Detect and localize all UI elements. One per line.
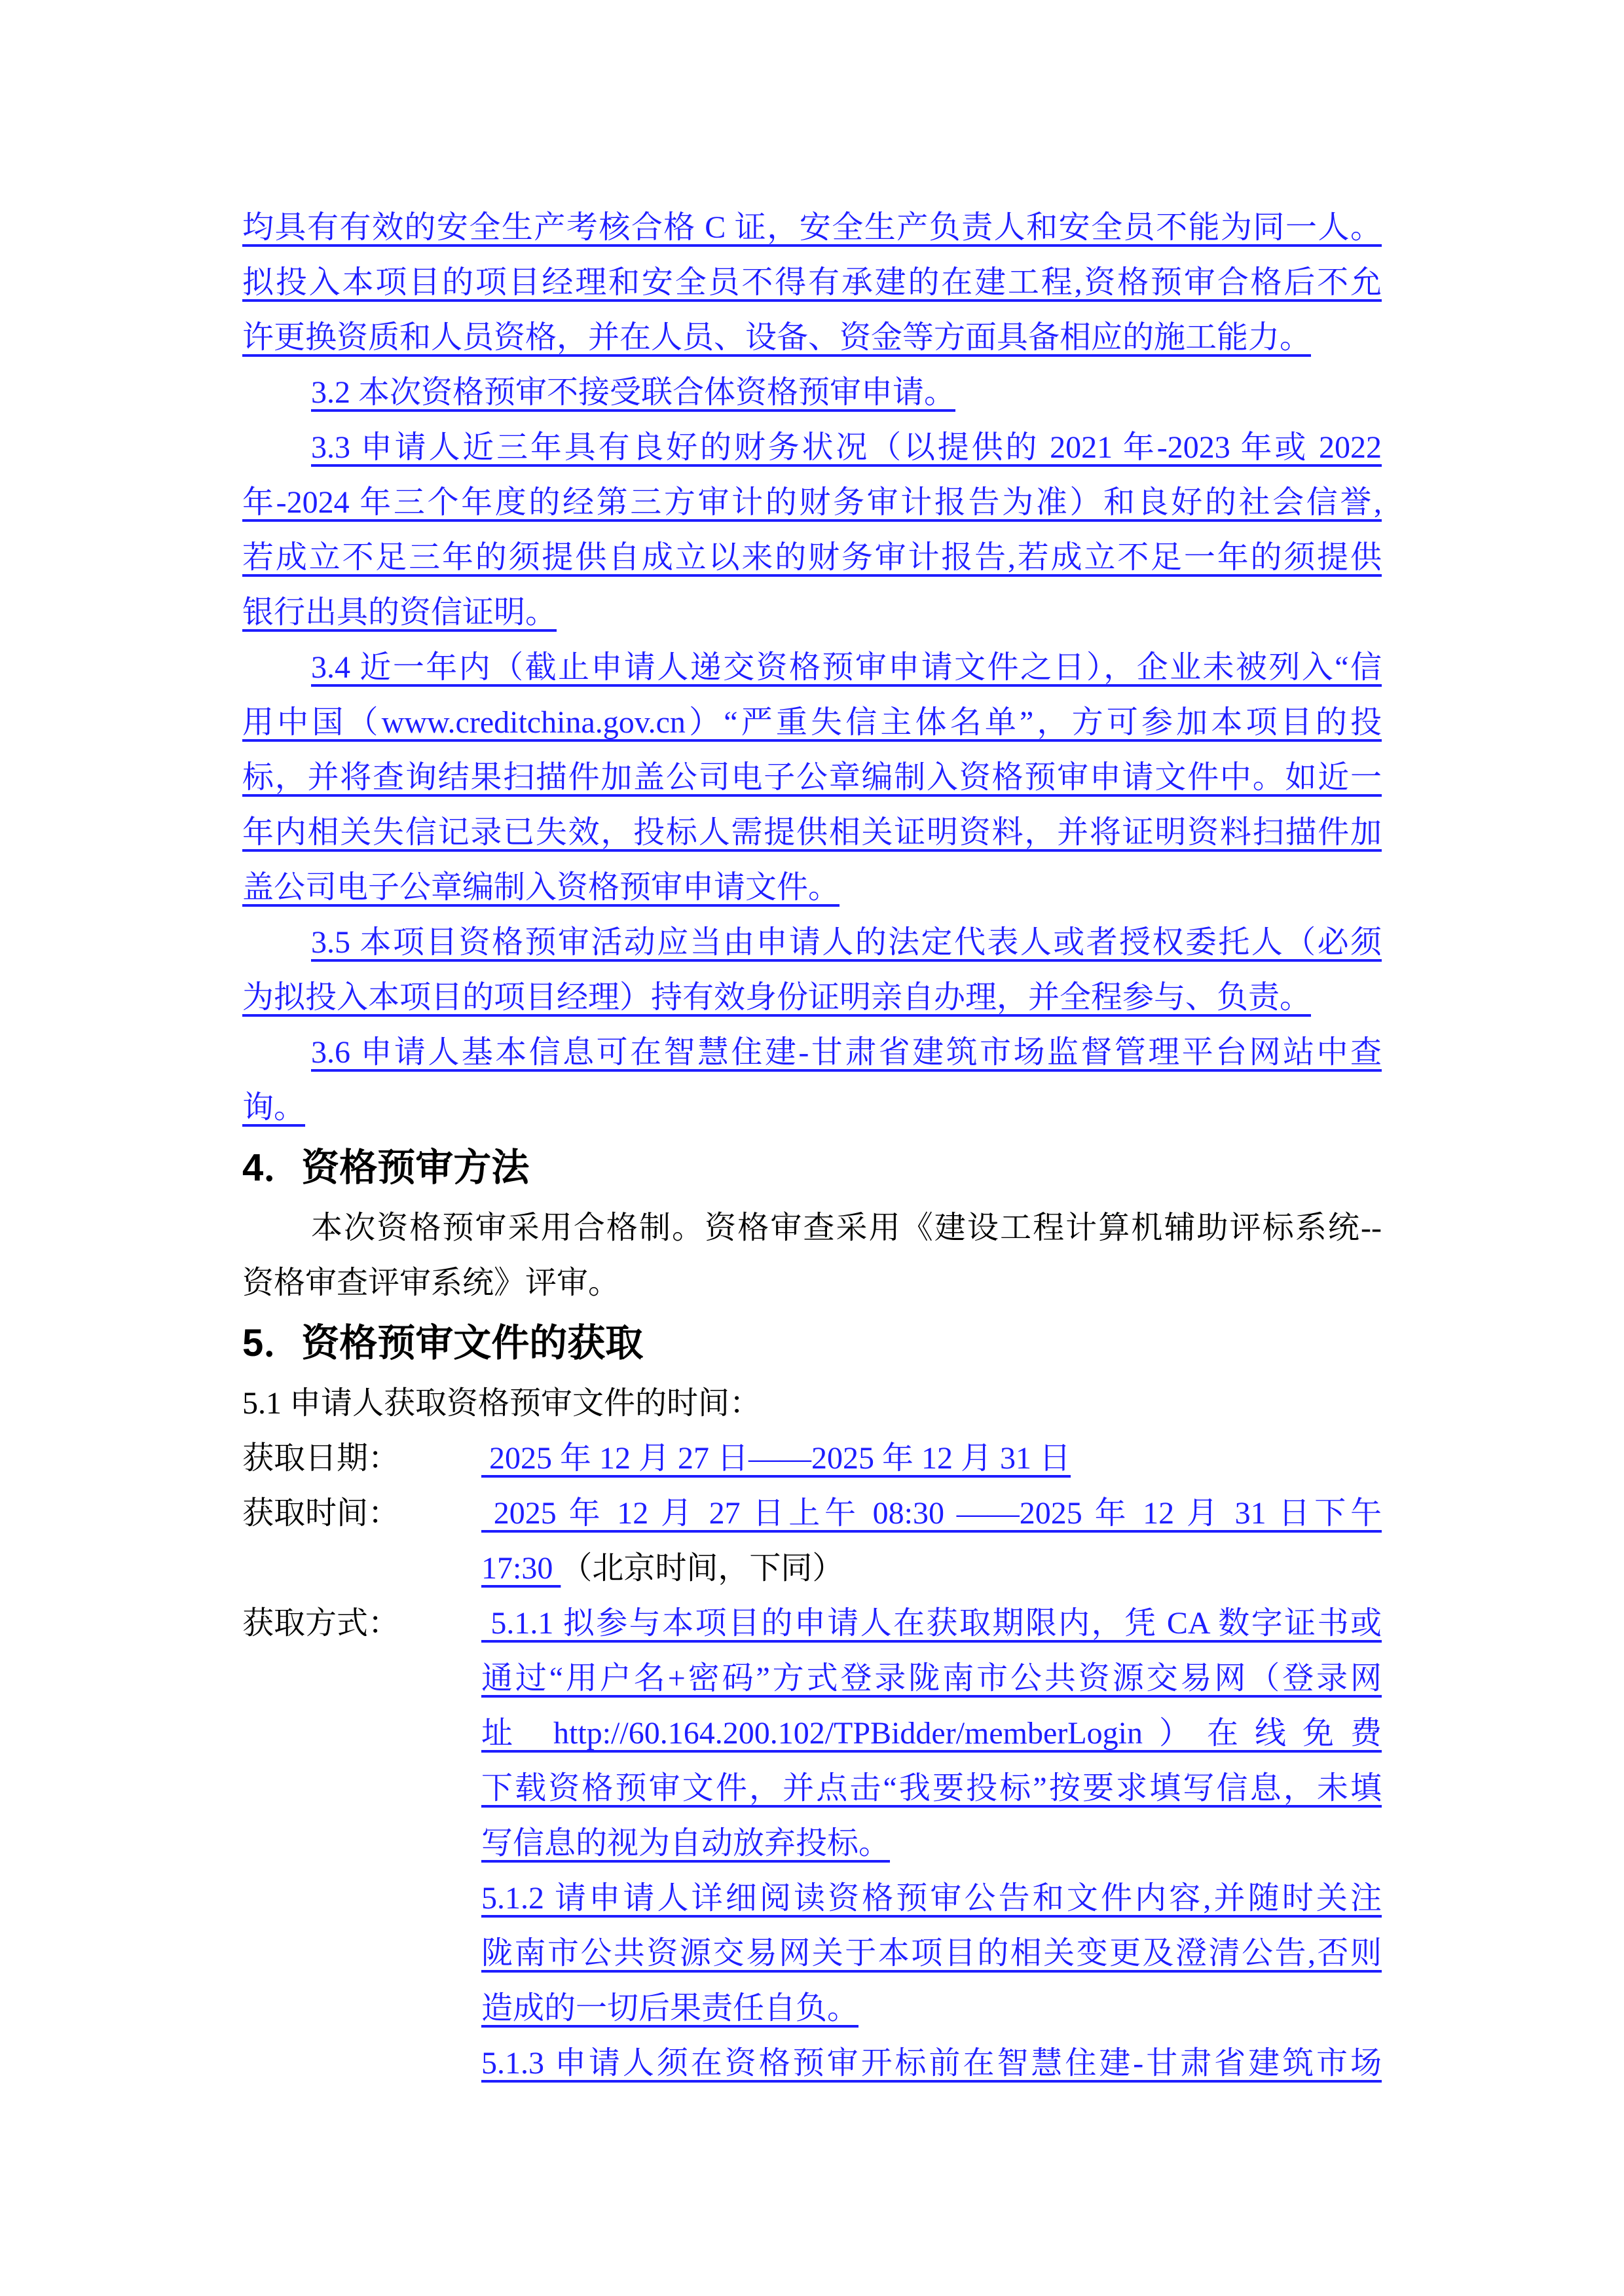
document-line: 为拟投入本项目的项目经理）持有效身份证明亲自办理，并全程参与、负责。 bbox=[242, 970, 1382, 1025]
field-value-line: 陇南市公共资源交易网关于本项目的相关变更及澄清公告,否则 bbox=[481, 1926, 1382, 1981]
underlined-link-text: 5.1.1 拟参与本项目的申请人在获取期限内，凭 CA 数字证书或 bbox=[481, 1606, 1382, 1641]
field-value-line: 通过“用户名+密码”方式登录陇南市公共资源交易网（登录网 bbox=[481, 1651, 1382, 1706]
underlined-link-text: 陇南市公共资源交易网关于本项目的相关变更及澄清公告,否则 bbox=[481, 1936, 1382, 1971]
document-line: 5.1 申请人获取资格预审文件的时间： bbox=[242, 1376, 1382, 1431]
document-line: 若成立不足三年的须提供自成立以来的财务审计报告,若成立不足一年的须提供 bbox=[242, 530, 1382, 585]
underlined-link-text: 3.2 本次资格预审不接受联合体资格预审申请。 bbox=[311, 375, 955, 410]
field-value-line: 5.1.2 请申请人详细阅读资格预审公告和文件内容,并随时关注 bbox=[481, 1871, 1382, 1926]
document-line: 许更换资质和人员资格，并在人员、设备、资金等方面具备相应的施工能力。 bbox=[242, 310, 1382, 365]
document-line: 3.2 本次资格预审不接受联合体资格预审申请。 bbox=[242, 365, 1382, 420]
underlined-link-text: 盖公司电子公章编制入资格预审申请文件。 bbox=[242, 870, 840, 905]
field-value-line: 址 http://60.164.200.102/TPBidder/memberL… bbox=[481, 1706, 1382, 1761]
underlined-link-text: 银行出具的资信证明。 bbox=[242, 595, 557, 630]
document-line: 资格审查评审系统》评审。 bbox=[242, 1256, 1382, 1311]
underlined-link-text: 询。 bbox=[242, 1090, 305, 1125]
underlined-link-text: 2025 年 12 月 27 日——2025 年 12 月 31 日 bbox=[481, 1441, 1071, 1476]
underlined-link-text: 通过“用户名+密码”方式登录陇南市公共资源交易网（登录网 bbox=[481, 1661, 1382, 1696]
document-line: 本次资格预审采用合格制。资格审查采用《建设工程计算机辅助评标系统-- bbox=[242, 1201, 1382, 1256]
underlined-link-text: 下载资格预审文件，并点击“我要投标”按要求填写信息，未填 bbox=[481, 1771, 1382, 1806]
field-value-line: 5.1.3 申请人须在资格预审开标前在智慧住建-甘肃省建筑市场 bbox=[481, 2036, 1382, 2091]
underlined-link-text: 17:30 bbox=[481, 1551, 561, 1586]
field-value-line: 17:30 （北京时间，下同） bbox=[481, 1541, 1382, 1596]
underlined-link-text: 址 http://60.164.200.102/TPBidder/memberL… bbox=[481, 1716, 1382, 1751]
document-line: 询。 bbox=[242, 1080, 1382, 1135]
field-value: 5.1.1 拟参与本项目的申请人在获取期限内，凭 CA 数字证书或 bbox=[481, 1596, 1382, 1651]
document-line: 盖公司电子公章编制入资格预审申请文件。 bbox=[242, 860, 1382, 915]
underlined-link-text: 为拟投入本项目的项目经理）持有效身份证明亲自办理，并全程参与、负责。 bbox=[242, 980, 1311, 1015]
field-value-line: 下载资格预审文件，并点击“我要投标”按要求填写信息，未填 bbox=[481, 1761, 1382, 1816]
underlined-link-text: 均具有有效的安全生产考核合格 C 证，安全生产负责人和安全员不能为同一人。 bbox=[242, 210, 1382, 245]
field-value-line: 造成的一切后果责任自负。 bbox=[481, 1981, 1382, 2036]
document-line: 标，并将查询结果扫描件加盖公司电子公章编制入资格预审申请文件中。如近一 bbox=[242, 750, 1382, 805]
underlined-link-text: 2025 年 12 月 27 日上午 08:30 ——2025 年 12 月 3… bbox=[481, 1496, 1382, 1531]
field-label: 获取日期： bbox=[242, 1431, 399, 1486]
field-label: 获取方式： bbox=[242, 1596, 399, 1651]
plain-text: 资格审查评审系统》评审。 bbox=[242, 1266, 619, 1300]
underlined-link-text: 3.6 申请人基本信息可在智慧住建-甘肃省建筑市场监督管理平台网站中查 bbox=[311, 1035, 1382, 1070]
plain-text: 5.1 申请人获取资格预审文件的时间： bbox=[242, 1386, 761, 1421]
underlined-link-text: 许更换资质和人员资格，并在人员、设备、资金等方面具备相应的施工能力。 bbox=[242, 320, 1311, 355]
document-line: 均具有有效的安全生产考核合格 C 证，安全生产负责人和安全员不能为同一人。 bbox=[242, 200, 1382, 255]
section-heading: 4．资格预审方法 bbox=[242, 1135, 1382, 1201]
document-line: 拟投入本项目的项目经理和安全员不得有承建的在建工程,资格预审合格后不允 bbox=[242, 255, 1382, 310]
field-row: 获取时间： 2025 年 12 月 27 日上午 08:30 ——2025 年 … bbox=[242, 1486, 1382, 1541]
underlined-link-text: 3.3 申请人近三年具有良好的财务状况（以提供的 2021 年-2023 年或 … bbox=[311, 430, 1382, 465]
document-page: 均具有有效的安全生产考核合格 C 证，安全生产负责人和安全员不能为同一人。拟投入… bbox=[0, 0, 1624, 2296]
field-row: 获取方式： 5.1.1 拟参与本项目的申请人在获取期限内，凭 CA 数字证书或 bbox=[242, 1596, 1382, 1651]
field-value-line: 写信息的视为自动放弃投标。 bbox=[481, 1816, 1382, 1871]
underlined-link-text: 年内相关失信记录已失效，投标人需提供相关证明资料，并将证明资料扫描件加 bbox=[242, 815, 1382, 850]
section-heading: 5．资格预审文件的获取 bbox=[242, 1311, 1382, 1376]
underlined-link-text: 3.5 本项目资格预审活动应当由申请人的法定代表人或者授权委托人（必须 bbox=[311, 925, 1382, 960]
underlined-link-text: 年-2024 年三个年度的经第三方审计的财务审计报告为准）和良好的社会信誉, bbox=[242, 485, 1382, 520]
document-content: 均具有有效的安全生产考核合格 C 证，安全生产负责人和安全员不能为同一人。拟投入… bbox=[242, 200, 1382, 2091]
document-line: 用中国（www.creditchina.gov.cn）“严重失信主体名单”，方可… bbox=[242, 695, 1382, 750]
field-value: 2025 年 12 月 27 日上午 08:30 ——2025 年 12 月 3… bbox=[481, 1486, 1382, 1541]
document-line: 银行出具的资信证明。 bbox=[242, 585, 1382, 640]
document-line: 3.5 本项目资格预审活动应当由申请人的法定代表人或者授权委托人（必须 bbox=[242, 915, 1382, 970]
underlined-link-text: 写信息的视为自动放弃投标。 bbox=[481, 1826, 890, 1861]
plain-text: （北京时间，下同） bbox=[561, 1551, 843, 1586]
underlined-link-text: 3.4 近一年内（截止申请人递交资格预审申请文件之日），企业未被列入“信 bbox=[311, 650, 1382, 685]
underlined-link-text: 造成的一切后果责任自负。 bbox=[481, 1991, 858, 2026]
document-line: 年-2024 年三个年度的经第三方审计的财务审计报告为准）和良好的社会信誉, bbox=[242, 475, 1382, 530]
underlined-link-text: 若成立不足三年的须提供自成立以来的财务审计报告,若成立不足一年的须提供 bbox=[242, 540, 1382, 575]
field-value: 2025 年 12 月 27 日——2025 年 12 月 31 日 bbox=[481, 1431, 1382, 1486]
plain-text: 本次资格预审采用合格制。资格审查采用《建设工程计算机辅助评标系统-- bbox=[311, 1211, 1382, 1245]
document-line: 3.4 近一年内（截止申请人递交资格预审申请文件之日），企业未被列入“信 bbox=[242, 640, 1382, 695]
field-label: 获取时间： bbox=[242, 1486, 399, 1541]
underlined-link-text: 5.1.2 请申请人详细阅读资格预审公告和文件内容,并随时关注 bbox=[481, 1881, 1382, 1916]
document-line: 年内相关失信记录已失效，投标人需提供相关证明资料，并将证明资料扫描件加 bbox=[242, 805, 1382, 860]
document-line: 3.3 申请人近三年具有良好的财务状况（以提供的 2021 年-2023 年或 … bbox=[242, 420, 1382, 475]
underlined-link-text: 5.1.3 申请人须在资格预审开标前在智慧住建-甘肃省建筑市场 bbox=[481, 2046, 1382, 2081]
underlined-link-text: 用中国（www.creditchina.gov.cn）“严重失信主体名单”，方可… bbox=[242, 705, 1382, 740]
document-line: 3.6 申请人基本信息可在智慧住建-甘肃省建筑市场监督管理平台网站中查 bbox=[242, 1025, 1382, 1080]
field-row: 获取日期： 2025 年 12 月 27 日——2025 年 12 月 31 日 bbox=[242, 1431, 1382, 1486]
underlined-link-text: 标，并将查询结果扫描件加盖公司电子公章编制入资格预审申请文件中。如近一 bbox=[242, 760, 1382, 795]
underlined-link-text: 拟投入本项目的项目经理和安全员不得有承建的在建工程,资格预审合格后不允 bbox=[242, 265, 1382, 300]
